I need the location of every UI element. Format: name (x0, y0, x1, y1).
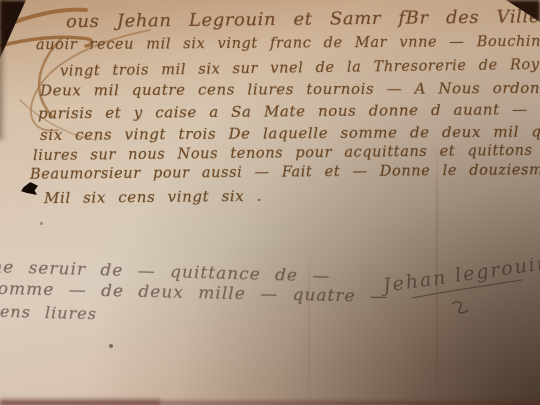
signature: Jehan legrouin (382, 258, 540, 333)
fold-crease (308, 255, 310, 405)
manuscript-photo: ous Jehan Legrouin et Samr fBr des Ville… (0, 0, 540, 405)
manuscript-line: Mil six cens vingt six . (44, 187, 262, 207)
manuscript-line: Deux mil quatre cens liures tournois — A… (40, 78, 540, 99)
ink-speck (40, 222, 43, 225)
signature-paraph-icon (452, 302, 468, 313)
signature-name: Jehan legrouin (382, 258, 540, 298)
edge-shadow-left (0, 0, 6, 140)
manuscript-line: six cens vingt trois De laquelle somme d… (40, 122, 540, 144)
fold-crease (436, 140, 438, 405)
ink-speck (12, 310, 15, 313)
ink-speck (109, 344, 113, 348)
signature-block: Jehan legrouin (382, 258, 540, 333)
edge-shadow-bottom-left (0, 396, 160, 405)
